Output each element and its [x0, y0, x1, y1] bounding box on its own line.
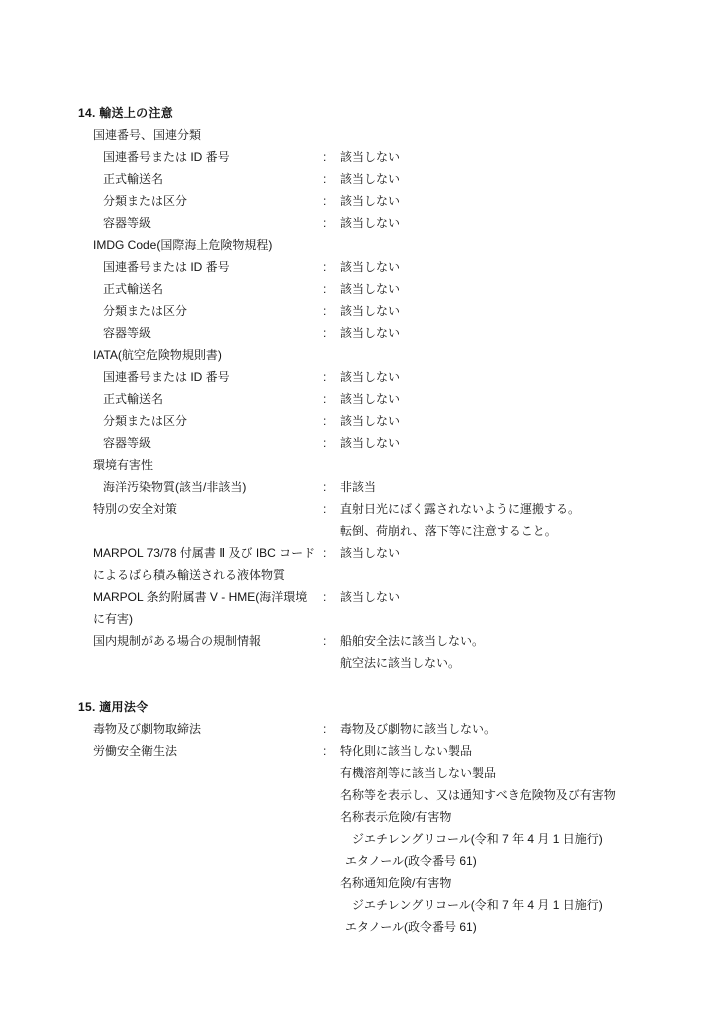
row-label: 国内規制がある場合の規制情報 — [78, 630, 323, 652]
value-line: ジエチレングリコール(令和 7 年 4 月 1 日施行) — [340, 828, 693, 850]
un-classification-heading: 国連番号、国連分類 — [78, 124, 693, 146]
row-label: 正式輸送名 — [78, 388, 323, 410]
colon-separator: : — [323, 168, 340, 190]
row-value: 該当しない — [340, 256, 693, 278]
row-value: 該当しない — [340, 410, 693, 432]
row-value: 該当しない — [340, 542, 693, 564]
colon-separator: : — [323, 542, 340, 564]
row-label: 分類または区分 — [78, 410, 323, 432]
value-line: 転倒、荷崩れ、落下等に注意すること。 — [340, 520, 693, 542]
colon-separator: : — [323, 256, 340, 278]
value-line: エタノール(政令番号 61) — [340, 916, 693, 938]
label-line: MARPOL 73/78 付属書 Ⅱ 及び IBC コード — [93, 542, 323, 564]
row-label: 容器等級 — [78, 432, 323, 454]
row-iata-packing-group: 容器等級 : 該当しない — [78, 432, 693, 454]
row-imdg-un-number: 国連番号または ID 番号 : 該当しない — [78, 256, 693, 278]
colon-separator: : — [323, 718, 340, 740]
value-line: 名称通知危険/有害物 — [340, 872, 693, 894]
row-un-number: 国連番号または ID 番号 : 該当しない — [78, 146, 693, 168]
value-line: 船舶安全法に該当しない。 — [340, 630, 693, 652]
row-value: 非該当 — [340, 476, 693, 498]
row-industrial-safety-health-law: 労働安全衛生法 : 特化則に該当しない製品 有機溶剤等に該当しない製品 名称等を… — [78, 740, 693, 938]
row-value: 該当しない — [340, 366, 693, 388]
colon-separator: : — [323, 740, 340, 762]
row-value: 該当しない — [340, 146, 693, 168]
iata-heading: IATA(航空危険物規則書) — [78, 344, 693, 366]
imdg-heading: IMDG Code(国際海上危険物規程) — [78, 234, 693, 256]
value-line: 有機溶剤等に該当しない製品 — [340, 762, 693, 784]
row-marpol-annex2: MARPOL 73/78 付属書 Ⅱ 及び IBC コード によるばら積み輸送さ… — [78, 542, 693, 586]
colon-separator: : — [323, 366, 340, 388]
row-label: MARPOL 73/78 付属書 Ⅱ 及び IBC コード によるばら積み輸送さ… — [78, 542, 323, 586]
environmental-hazards-heading: 環境有害性 — [78, 454, 693, 476]
row-value: 直射日光にばく露されないように運搬する。 転倒、荷崩れ、落下等に注意すること。 — [340, 498, 693, 542]
colon-separator: : — [323, 300, 340, 322]
row-value: 該当しない — [340, 212, 693, 234]
row-imdg-packing-group: 容器等級 : 該当しない — [78, 322, 693, 344]
row-value: 船舶安全法に該当しない。 航空法に該当しない。 — [340, 630, 693, 674]
row-value: 該当しない — [340, 432, 693, 454]
value-line: 特化則に該当しない製品 — [340, 740, 693, 762]
row-value: 毒物及び劇物に該当しない。 — [340, 718, 693, 740]
row-marine-pollutant: 海洋汚染物質(該当/非該当) : 非該当 — [78, 476, 693, 498]
row-label: 容器等級 — [78, 322, 323, 344]
row-label: MARPOL 条約附属書 V - HME(海洋環境 に有害) — [78, 586, 323, 630]
colon-separator: : — [323, 212, 340, 234]
value-line: 名称表示危険/有害物 — [340, 806, 693, 828]
row-special-precautions: 特別の安全対策 : 直射日光にばく露されないように運搬する。 転倒、荷崩れ、落下… — [78, 498, 693, 542]
section-14-transport: 14. 輸送上の注意 国連番号、国連分類 国連番号または ID 番号 : 該当し… — [78, 102, 693, 674]
colon-separator: : — [323, 322, 340, 344]
row-label: 分類または区分 — [78, 300, 323, 322]
row-domestic-regulations: 国内規制がある場合の規制情報 : 船舶安全法に該当しない。 航空法に該当しない。 — [78, 630, 693, 674]
row-marpol-annex5: MARPOL 条約附属書 V - HME(海洋環境 に有害) : 該当しない — [78, 586, 693, 630]
label-line: によるばら積み輸送される液体物質 — [93, 564, 323, 586]
colon-separator: : — [323, 278, 340, 300]
row-value: 該当しない — [340, 322, 693, 344]
colon-separator: : — [323, 432, 340, 454]
row-value: 該当しない — [340, 300, 693, 322]
sds-document-page: 14. 輸送上の注意 国連番号、国連分類 国連番号または ID 番号 : 該当し… — [0, 0, 723, 1024]
row-label: 容器等級 — [78, 212, 323, 234]
row-packing-group: 容器等級 : 該当しない — [78, 212, 693, 234]
row-label: 国連番号または ID 番号 — [78, 256, 323, 278]
row-value: 該当しない — [340, 586, 693, 608]
row-proper-shipping-name: 正式輸送名 : 該当しない — [78, 168, 693, 190]
label-line: に有害) — [93, 608, 323, 630]
page-content: 14. 輸送上の注意 国連番号、国連分類 国連番号または ID 番号 : 該当し… — [78, 102, 693, 938]
row-imdg-hazard-class: 分類または区分 : 該当しない — [78, 300, 693, 322]
colon-separator: : — [323, 586, 340, 608]
row-iata-hazard-class: 分類または区分 : 該当しない — [78, 410, 693, 432]
row-label: 正式輸送名 — [78, 168, 323, 190]
row-label: 分類または区分 — [78, 190, 323, 212]
row-hazard-class: 分類または区分 : 該当しない — [78, 190, 693, 212]
row-label: 毒物及び劇物取締法 — [78, 718, 323, 740]
row-value: 特化則に該当しない製品 有機溶剤等に該当しない製品 名称等を表示し、又は通知すべ… — [340, 740, 693, 938]
colon-separator: : — [323, 410, 340, 432]
colon-separator: : — [323, 630, 340, 652]
colon-separator: : — [323, 190, 340, 212]
row-value: 該当しない — [340, 278, 693, 300]
row-value: 該当しない — [340, 388, 693, 410]
value-line: 直射日光にばく露されないように運搬する。 — [340, 498, 693, 520]
row-imdg-proper-shipping-name: 正式輸送名 : 該当しない — [78, 278, 693, 300]
colon-separator: : — [323, 146, 340, 168]
colon-separator: : — [323, 498, 340, 520]
section-15-title: 15. 適用法令 — [78, 696, 693, 718]
row-iata-proper-shipping-name: 正式輸送名 : 該当しない — [78, 388, 693, 410]
section-14-title: 14. 輸送上の注意 — [78, 102, 693, 124]
row-label: 国連番号または ID 番号 — [78, 366, 323, 388]
value-line: エタノール(政令番号 61) — [340, 850, 693, 872]
row-label: 国連番号または ID 番号 — [78, 146, 323, 168]
label-line: MARPOL 条約附属書 V - HME(海洋環境 — [93, 586, 323, 608]
row-poisonous-substances-law: 毒物及び劇物取締法 : 毒物及び劇物に該当しない。 — [78, 718, 693, 740]
row-value: 該当しない — [340, 190, 693, 212]
colon-separator: : — [323, 476, 340, 498]
row-label: 海洋汚染物質(該当/非該当) — [78, 476, 323, 498]
row-label: 正式輸送名 — [78, 278, 323, 300]
row-label: 特別の安全対策 — [78, 498, 323, 520]
value-line: 名称等を表示し、又は通知すべき危険物及び有害物 — [340, 784, 693, 806]
value-line: 航空法に該当しない。 — [340, 652, 693, 674]
row-label: 労働安全衛生法 — [78, 740, 323, 762]
section-15-regulations: 15. 適用法令 毒物及び劇物取締法 : 毒物及び劇物に該当しない。 労働安全衛… — [78, 696, 693, 938]
colon-separator: : — [323, 388, 340, 410]
value-line: ジエチレングリコール(令和 7 年 4 月 1 日施行) — [340, 894, 693, 916]
row-iata-un-number: 国連番号または ID 番号 : 該当しない — [78, 366, 693, 388]
row-value: 該当しない — [340, 168, 693, 190]
